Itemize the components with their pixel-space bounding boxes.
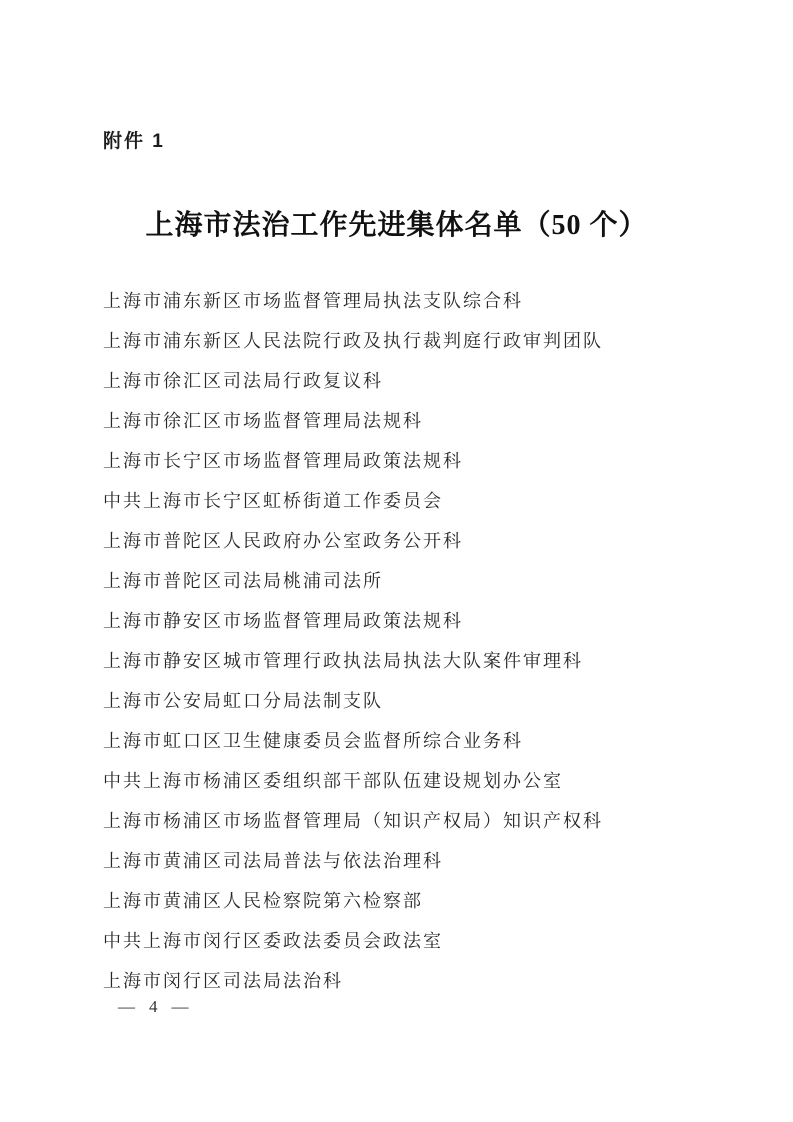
list-item: 上海市黄浦区人民检察院第六检察部 [103, 881, 743, 921]
list-item: 上海市虹口区卫生健康委员会监督所综合业务科 [103, 721, 743, 761]
list-item: 中共上海市闵行区委政法委员会政法室 [103, 921, 743, 961]
list-item: 上海市长宁区市场监督管理局政策法规科 [103, 441, 743, 481]
list-item: 上海市公安局虹口分局法制支队 [103, 681, 743, 721]
list-item: 上海市徐汇区司法局行政复议科 [103, 361, 743, 401]
page-number: 4 [149, 997, 158, 1017]
list-item: 上海市徐汇区市场监督管理局法规科 [103, 401, 743, 441]
document-title: 上海市法治工作先进集体名单（50 个） [0, 203, 793, 243]
attachment-label: 附件 1 [103, 126, 165, 153]
list-item: 中共上海市杨浦区委组织部干部队伍建设规划办公室 [103, 761, 743, 801]
list-item: 上海市浦东新区人民法院行政及执行裁判庭行政审判团队 [103, 321, 743, 361]
list-item: 中共上海市长宁区虹桥街道工作委员会 [103, 481, 743, 521]
footer-dash-right: — [172, 997, 189, 1016]
list-item: 上海市闵行区司法局法治科 [103, 961, 743, 1001]
list-item: 上海市浦东新区市场监督管理局执法支队综合科 [103, 281, 743, 321]
list-item: 上海市杨浦区市场监督管理局（知识产权局）知识产权科 [103, 801, 743, 841]
document-page: 附件 1 上海市法治工作先进集体名单（50 个） 上海市浦东新区市场监督管理局执… [0, 0, 793, 1122]
collective-list: 上海市浦东新区市场监督管理局执法支队综合科 上海市浦东新区人民法院行政及执行裁判… [103, 281, 743, 1001]
footer-dash-left: — [118, 997, 135, 1016]
page-footer: —4— [118, 997, 189, 1017]
list-item: 上海市普陀区司法局桃浦司法所 [103, 561, 743, 601]
list-item: 上海市黄浦区司法局普法与依法治理科 [103, 841, 743, 881]
list-item: 上海市静安区市场监督管理局政策法规科 [103, 601, 743, 641]
list-item: 上海市静安区城市管理行政执法局执法大队案件审理科 [103, 641, 743, 681]
list-item: 上海市普陀区人民政府办公室政务公开科 [103, 521, 743, 561]
